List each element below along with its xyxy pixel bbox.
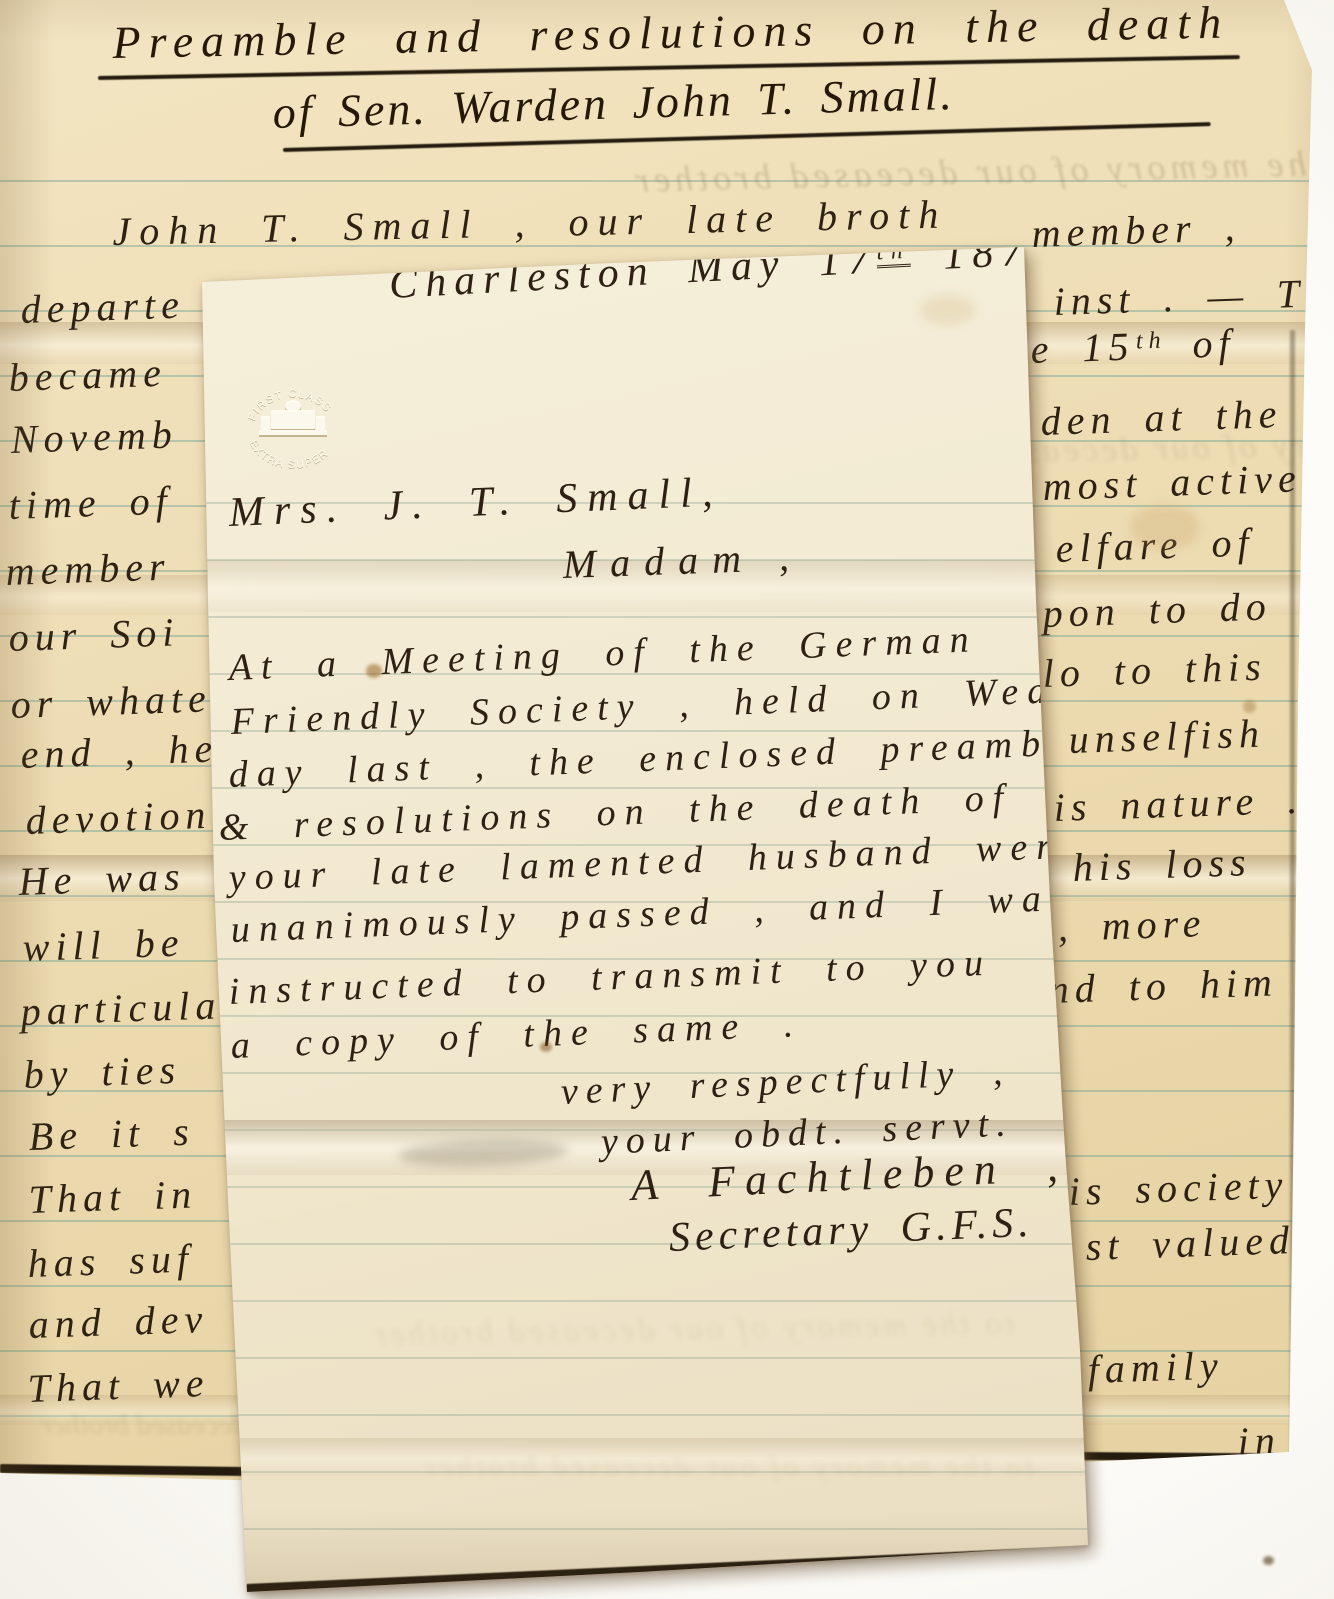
fold-crease [0,1120,1334,1175]
seal-bottom-text: EXTRA SUPER [247,439,332,472]
dateline-city-day: Charleston May 17 [388,236,878,307]
foxing-stain [920,295,975,325]
page-bottom-edge [246,1546,1091,1593]
debris-speck [1263,1556,1274,1565]
svg-text:EXTRA SUPER: EXTRA SUPER [247,438,332,471]
seal-bottom-text: EXTRA SUPER [247,438,332,471]
seal-top-text: FIRST CLASS [246,388,333,423]
overlay-letter-page: FIRST CLASS EXTRA SUPER FIRST CLASS EXTR… [0,0,1334,1599]
fold-crease [0,1438,1334,1476]
svg-text:FIRST CLASS: FIRST CLASS [246,388,333,423]
letter-body-line: your late lamented husband were [228,825,1085,900]
letter-body-line: a copy of the same . [230,1004,803,1068]
recipient-line: Mrs. J. T. Small, [228,469,723,536]
ink-stain [366,664,382,678]
dateline-ordinal: th [876,237,911,269]
letter-body-line: At a Meeting of the German [228,619,978,690]
bleed-through-text: to the memory of our deceased brother [420,1450,1033,1484]
fold-crease [0,560,1334,612]
closing-line: your obdt. servt. [600,1103,1015,1163]
scanned-document: to the memory of our deceased brother to… [0,0,1334,1599]
letter-body-line: & resolutions on the death of [218,778,1013,850]
letter-body-line: day last , the enclosed preamble [228,722,1095,797]
crease-shadow [398,1137,569,1169]
ink-stain [540,1042,552,1052]
embossed-seal: FIRST CLASS EXTRA SUPER FIRST CLASS EXTR… [241,382,345,480]
bleed-through-text: to the memory of our deceased brother [370,1304,1015,1352]
letter-body-line: unanimously passed , and I was [230,878,1074,952]
seal-top-text: FIRST CLASS [246,389,333,424]
signature: A Fachtleben , [630,1142,1069,1210]
salutation: Madam , [562,535,804,587]
svg-text:EXTRA SUPER: EXTRA SUPER [247,439,332,472]
dateline: Charleston May 17th 1879. [388,226,1079,308]
letter-body-line: instructed to transmit to you [228,943,993,1014]
closing-line: very respectfully , [560,1052,1011,1114]
svg-text:FIRST CLASS: FIRST CLASS [246,389,333,424]
signature-title: Secretary G.F.S. [668,1200,1035,1261]
letter-body-line: Friendly Society , held on Wednes- [230,667,1155,744]
ruled-lines [0,492,1334,1592]
dateline-year: 1879. [910,226,1079,281]
overlay-letter-wrapper: FIRST CLASS EXTRA SUPER FIRST CLASS EXTR… [0,0,1334,1599]
